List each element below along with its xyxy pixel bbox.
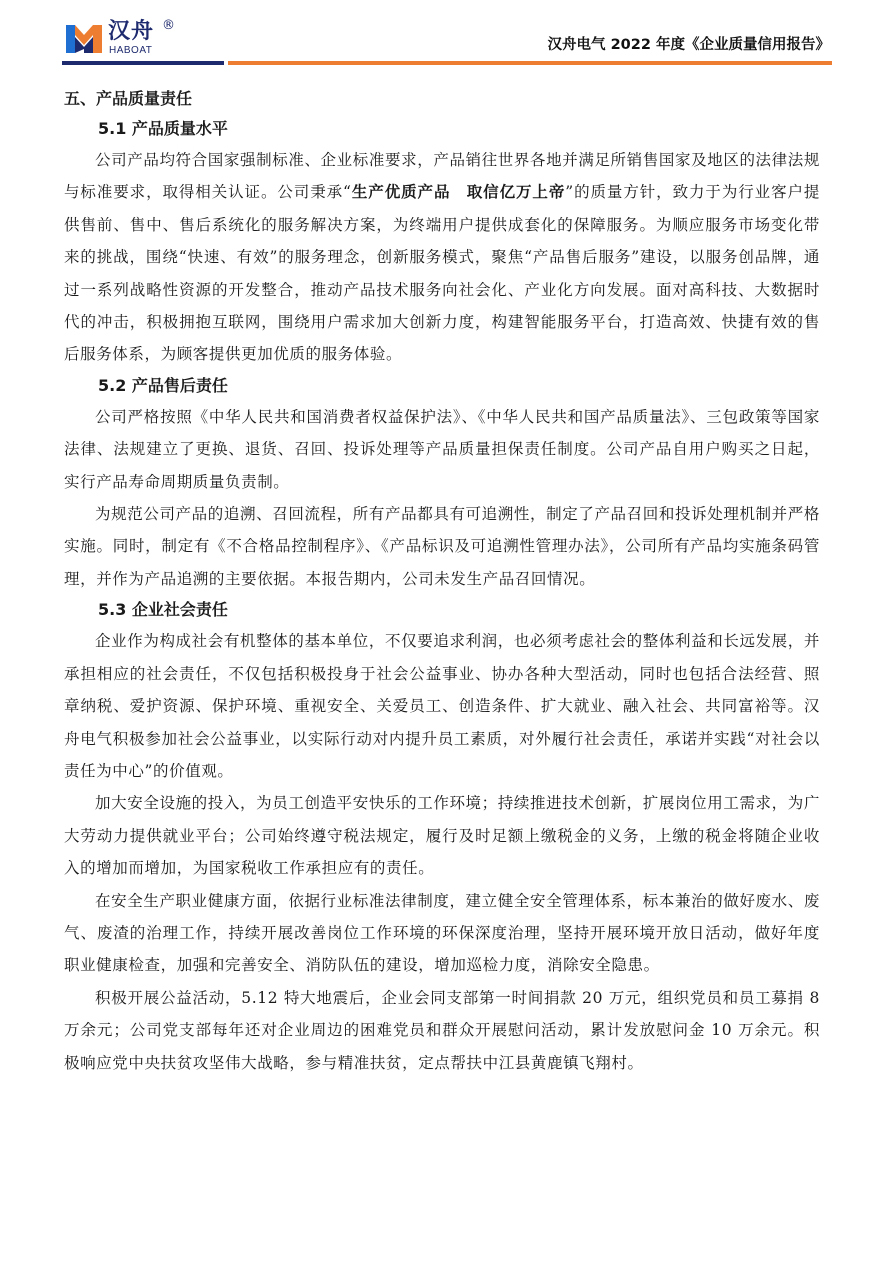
header-rule-orange [228,61,832,65]
section-heading: 五、产品质量责任 [64,84,820,114]
header-rule-blue [62,61,224,65]
paragraph-text: ”的质量方针，致力于为行业客户提供售前、售中、售后系统化的服务解决方案，为终端用… [64,183,820,363]
document-body: 五、产品质量责任 5.1 产品质量水平 公司产品均符合国家强制标准、企业标准要求… [64,84,820,1079]
haboat-logo-icon [66,23,102,55]
subsection-heading-5-1: 5.1 产品质量水平 [64,114,820,144]
logo-chinese-text: 汉舟 [108,20,154,44]
document-title: 汉舟电气 2022 年度《企业质量信用报告》 [548,36,830,54]
paragraph: 积极开展公益活动，5.12 特大地震后，企业会同支部第一时间捐款 20 万元，组… [64,982,820,1079]
paragraph: 在安全生产职业健康方面，依据行业标准法律制度，建立健全安全管理体系，标本兼治的做… [64,885,820,982]
paragraph: 公司严格按照《中华人民共和国消费者权益保护法》、《中华人民共和国产品质量法》、三… [64,401,820,498]
paragraph: 为规范公司产品的追溯、召回流程，所有产品都具有可追溯性，制定了产品召回和投诉处理… [64,498,820,595]
page-header: 汉舟 ® HABOAT 汉舟电气 2022 年度《企业质量信用报告》 [0,0,892,72]
registered-mark: ® [162,18,175,33]
paragraph: 企业作为构成社会有机整体的基本单位，不仅要追求利润，也必须考虑社会的整体利益和长… [64,625,820,787]
logo-english-text: HABOAT [109,45,152,56]
haboat-logo: 汉舟 ® HABOAT [66,18,246,60]
paragraph: 公司产品均符合国家强制标准、企业标准要求，产品销往世界各地并满足所销售国家及地区… [64,144,820,371]
quality-policy-text: 生产优质产品 取信亿万上帝 [352,183,566,201]
paragraph: 加大安全设施的投入，为员工创造平安快乐的工作环境；持续推进技术创新，扩展岗位用工… [64,787,820,884]
subsection-heading-5-3: 5.3 企业社会责任 [64,595,820,625]
subsection-heading-5-2: 5.2 产品售后责任 [64,371,820,401]
